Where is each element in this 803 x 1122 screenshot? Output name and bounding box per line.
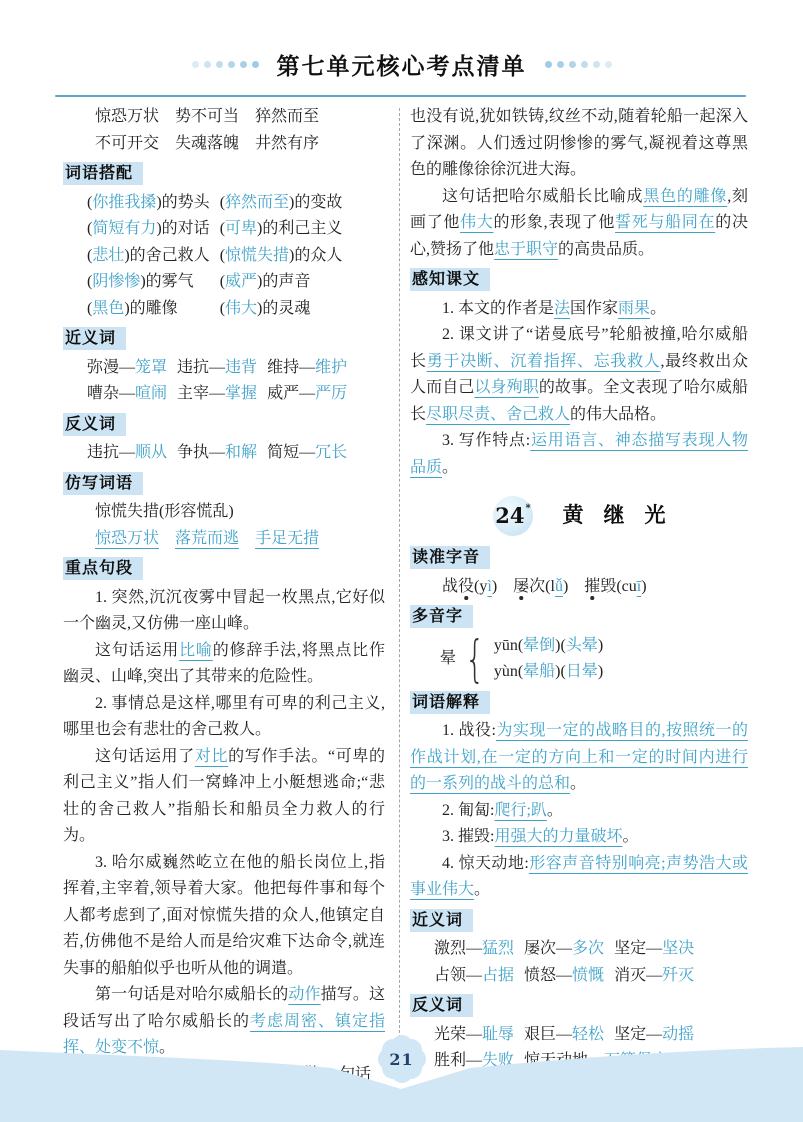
section-header: 仿写词语 xyxy=(63,471,385,498)
text-segment: 的形象,表现了他 xyxy=(494,214,616,231)
paragraph: 战役(yì) 屡次(lǚ) 摧毁(cuī) xyxy=(410,574,748,601)
paragraph: 惊恐万状 落荒而逃 手足无措 xyxy=(63,526,385,553)
text-segment: )的舍己救人 xyxy=(124,247,209,264)
key-word: 日晕 xyxy=(566,663,598,680)
left-column: 惊恐万状 势不可当 猝然而至不可开交 失魂落魄 井然有序词语搭配(你推我搡)的势… xyxy=(63,104,385,1088)
section-header-label: 重点句段 xyxy=(63,557,143,580)
key-word: 占据 xyxy=(482,967,514,984)
text-segment: )的声音 xyxy=(257,273,310,290)
text-segment: ) xyxy=(492,578,513,595)
section-header-label: 近义词 xyxy=(410,909,473,932)
text-segment: 维持— xyxy=(267,359,315,376)
text-segment: 争执— xyxy=(177,444,225,461)
text-segment: 4. 惊天动地: xyxy=(442,855,529,872)
key-word: 晕船 xyxy=(523,663,555,680)
header-rule xyxy=(55,95,746,97)
key-word: 愤慨 xyxy=(572,967,604,984)
word-pair: 违抗—违背 xyxy=(177,355,257,382)
key-word: 耻辱 xyxy=(482,1026,514,1043)
text-segment: 违抗— xyxy=(177,359,225,376)
key-phrase: 爬行;趴 xyxy=(494,802,546,819)
text-segment: ) xyxy=(563,578,584,595)
paragraph: 3. 写作特点:运用语言、神态描写表现人物品质。 xyxy=(410,428,748,481)
text-segment: )的雕像 xyxy=(124,300,177,317)
text-segment: 坚定— xyxy=(614,940,662,957)
emphasized-char: 役 xyxy=(458,578,474,595)
section-header: 反义词 xyxy=(63,412,385,439)
paragraph: 1. 本文的作者是法国作家雨果。 xyxy=(410,296,748,323)
key-phrase: 惊恐万状 xyxy=(95,530,159,547)
text-segment: 违抗— xyxy=(87,444,135,461)
key-word: 笼罩 xyxy=(135,359,167,376)
lesson-name: 黄继光 xyxy=(563,503,686,530)
paragraph: 这句话运用了对比的写作手法。“可卑的利己主义”指人们一窝蜂冲上小艇想逃命;“悲壮… xyxy=(63,744,385,850)
key-word: 头晕 xyxy=(566,637,598,654)
word-grid: 违抗—顺从争执—和解简短—冗长 xyxy=(63,440,385,467)
word-pair: (威严)的声音 xyxy=(220,269,343,296)
key-word: 顺从 xyxy=(135,444,167,461)
key-word: 猝然而至 xyxy=(225,194,289,211)
right-column: 也没有说,犹如铁铸,纹丝不动,随着轮船一起深入了深渊。人们透过阴惨惨的雾气,凝视… xyxy=(410,104,748,1075)
text-segment: ) xyxy=(598,663,603,680)
key-word: 掌握 xyxy=(225,385,257,402)
section-header-label: 反义词 xyxy=(63,413,126,436)
text-segment: 坚定— xyxy=(614,1026,662,1043)
text-segment: 。 xyxy=(570,775,586,792)
key-phrase: 对比 xyxy=(195,748,228,765)
word-grid: (你推我搡)的势头(猝然而至)的变故(简短有力)的对话(可卑)的利己主义(悲壮)… xyxy=(63,190,385,323)
text-segment: 。 xyxy=(622,828,638,845)
paragraph: 1. 突然,沉沉夜雾中冒起一枚黑点,它好似一个幽灵,又仿佛一座山峰。 xyxy=(63,585,385,638)
section-header: 近义词 xyxy=(63,326,385,353)
word-pair: (黑色)的雕像 xyxy=(87,296,210,323)
key-word: 猛烈 xyxy=(482,940,514,957)
paragraph: 3. 摧毁:用强大的力量破坏。 xyxy=(410,824,748,851)
text-segment: 威严— xyxy=(267,385,315,402)
paragraph: 惊恐万状 势不可当 猝然而至 xyxy=(63,104,385,131)
text-segment: yùn( xyxy=(494,663,523,680)
decorative-dots-left xyxy=(192,61,259,68)
key-word: 多次 xyxy=(572,940,604,957)
text-segment: 1. 战役: xyxy=(442,722,496,739)
text-segment: 激烈— xyxy=(434,940,482,957)
word-pair: (猝然而至)的变故 xyxy=(220,190,343,217)
text-segment: )的众人 xyxy=(289,247,342,264)
text-segment: 不可开交 失魂落魄 井然有序 xyxy=(95,135,319,152)
key-phrase: 用强大的力量破坏 xyxy=(494,828,622,845)
word-pair: 激烈—猛烈 xyxy=(434,936,514,963)
text-segment: 1. 突然,沉沉夜雾中冒起一枚黑点,它好似一个幽灵,又仿佛一座山峰。 xyxy=(63,589,385,633)
text-segment: )的变故 xyxy=(289,194,342,211)
text-segment: 惊慌失措(形容慌乱) xyxy=(95,503,234,520)
word-pair: 主宰—掌握 xyxy=(177,381,257,408)
emphasized-char: 屡 xyxy=(513,578,529,595)
section-header-label: 近义词 xyxy=(63,327,126,350)
lesson-number-text: 24 xyxy=(495,503,524,530)
text-segment: 简短— xyxy=(267,444,315,461)
key-word: 简短有力 xyxy=(92,220,156,237)
text-segment: )的对话 xyxy=(156,220,209,237)
text-segment: 3. 写作特点: xyxy=(442,432,530,449)
text-segment: 3. 摧毁: xyxy=(442,828,494,845)
section-header-label: 词语解释 xyxy=(410,691,490,714)
text-segment: 国作家 xyxy=(570,300,618,317)
word-grid: 激烈—猛烈屡次—多次坚定—坚决占领—占据愤怒—愤慨消灭—歼灭 xyxy=(410,936,748,989)
key-word: 喧闹 xyxy=(135,385,167,402)
word-pair: 愤怒—愤慨 xyxy=(524,963,604,990)
word-pair: (惊慌失措)的众人 xyxy=(220,243,343,270)
word-pair: 威严—严厉 xyxy=(267,381,347,408)
text-segment: )的势头 xyxy=(156,194,209,211)
text-segment: 1. 本文的作者是 xyxy=(442,300,554,317)
text-segment: 这句话把哈尔威船长比喻成 xyxy=(442,188,643,205)
paragraph: 2. 匍匐:爬行;趴。 xyxy=(410,798,748,825)
word-pair: 屡次—多次 xyxy=(524,936,604,963)
text-segment: )的利己主义 xyxy=(257,220,342,237)
word-pair: 简短—冗长 xyxy=(267,440,347,467)
text-segment: 的高贵品质。 xyxy=(558,241,654,258)
page-header: 第七单元核心考点清单 xyxy=(0,48,803,81)
section-header: 多音字 xyxy=(410,604,748,631)
paragraph: 不可开交 失魂落魄 井然有序 xyxy=(63,131,385,158)
text-segment: )的灵魂 xyxy=(257,300,310,317)
column-divider xyxy=(399,108,400,1038)
key-word: 坚决 xyxy=(662,940,694,957)
word-pair: 违抗—顺从 xyxy=(87,440,167,467)
text-segment: 消灭— xyxy=(614,967,662,984)
text-segment: 弥漫— xyxy=(87,359,135,376)
text-segment: 战 xyxy=(442,578,458,595)
text-segment: 3. 哈尔威巍然屹立在他的船长岗位上,指挥着,主宰着,领导着大家。他把每件事和每… xyxy=(63,854,385,977)
paragraph: 这句话把哈尔威船长比喻成黑色的雕像,刻画了他伟大的形象,表现了他誓死与船同在的决… xyxy=(410,184,748,264)
key-phrase: 法 xyxy=(554,300,570,317)
key-word: 阴惨惨 xyxy=(92,273,140,290)
key-word: 轻松 xyxy=(572,1026,604,1043)
text-segment: 这句话运用了 xyxy=(95,748,195,765)
text-segment: 。 xyxy=(547,802,563,819)
word-pair: 消灭—歼灭 xyxy=(614,963,694,990)
word-pair: 占领—占据 xyxy=(434,963,514,990)
word-pair: 维持—维护 xyxy=(267,355,347,382)
page-title: 第七单元核心考点清单 xyxy=(277,48,527,81)
section-header-label: 多音字 xyxy=(410,605,473,628)
word-pair: (简短有力)的对话 xyxy=(87,216,210,243)
key-phrase: 尽职尽责、舍己救人 xyxy=(426,406,570,423)
word-pair: (阴惨惨)的雾气 xyxy=(87,269,210,296)
emphasized-char: 摧 xyxy=(584,578,600,595)
section-header-label: 仿写词语 xyxy=(63,472,143,495)
section-header: 近义词 xyxy=(410,908,748,935)
word-pair: 嘈杂—喧闹 xyxy=(87,381,167,408)
section-header-label: 词语搭配 xyxy=(63,162,143,185)
paragraph: 2. 事情总是这样,哪里有可卑的利己主义,哪里也会有悲壮的舍己救人。 xyxy=(63,691,385,744)
key-phrase: 动作 xyxy=(288,986,320,1003)
key-phrase: 比喻 xyxy=(179,642,213,659)
text-segment: 次(l xyxy=(529,578,555,595)
section-header-label: 反义词 xyxy=(410,994,473,1017)
key-word: 悲壮 xyxy=(92,247,124,264)
key-word: 严厉 xyxy=(315,385,347,402)
key-word: 可卑 xyxy=(225,220,257,237)
key-phrase: 落荒而逃 xyxy=(175,530,239,547)
word-pair: 争执—和解 xyxy=(177,440,257,467)
text-segment: 的伟大品格。 xyxy=(570,406,666,423)
duoyin-character: 晕 xyxy=(440,646,456,673)
key-word: 动摇 xyxy=(662,1026,694,1043)
paragraph: 4. 惊天动地:形容声音特别响亮;声势浩大或事业伟大。 xyxy=(410,851,748,904)
duoyin-reading: yùn(晕船)(日晕) xyxy=(494,659,603,686)
paragraph: 2. 课文讲了“诺曼底号”轮船被撞,哈尔威船长勇于决断、沉着指挥、忘我救人,最终… xyxy=(410,322,748,428)
text-segment: 光荣— xyxy=(434,1026,482,1043)
text-segment xyxy=(239,530,255,547)
key-phrase: ǚ xyxy=(555,578,563,595)
key-word: 违背 xyxy=(225,359,257,376)
section-header: 词语解释 xyxy=(410,690,748,717)
section-header: 重点句段 xyxy=(63,556,385,583)
key-phrase: 雨果 xyxy=(618,300,650,317)
text-segment: 也没有说,犹如铁铸,纹丝不动,随着轮船一起深入了深渊。人们透过阴惨惨的雾气,凝视… xyxy=(410,108,748,178)
key-word: 伟大 xyxy=(225,300,257,317)
word-grid: 弥漫—笼罩违抗—违背维持—维护嘈杂—喧闹主宰—掌握威严—严厉 xyxy=(63,355,385,408)
duoyin-readings: yūn(晕倒)(头晕)yùn(晕船)(日晕) xyxy=(494,633,603,686)
section-header: 词语搭配 xyxy=(63,161,385,188)
text-segment: 。 xyxy=(474,881,490,898)
text-segment xyxy=(159,530,175,547)
text-segment: (y xyxy=(474,578,487,595)
duoyin-entry: 晕{yūn(晕倒)(头晕)yùn(晕船)(日晕) xyxy=(410,633,748,686)
text-segment: 毁(cu xyxy=(600,578,636,595)
paragraph: 这句话运用比喻的修辞手法,将黑点比作幽灵、山峰,突出了其带来的危险性。 xyxy=(63,638,385,691)
lesson-title: 24*黄继光 xyxy=(410,496,748,536)
word-pair: (伟大)的灵魂 xyxy=(220,296,343,323)
section-header-label: 感知课文 xyxy=(410,268,490,291)
page-number-badge: 21 xyxy=(383,1040,421,1078)
text-segment: 惊恐万状 势不可当 猝然而至 xyxy=(95,108,319,125)
text-segment: 。 xyxy=(650,300,666,317)
text-segment: 占领— xyxy=(434,967,482,984)
key-word: 维护 xyxy=(315,359,347,376)
text-segment: 屡次— xyxy=(524,940,572,957)
text-segment: 愤怒— xyxy=(524,967,572,984)
text-segment: yūn( xyxy=(494,637,523,654)
lesson-number: 24* xyxy=(493,496,533,536)
key-word: 黑色 xyxy=(92,300,124,317)
key-phrase: 手足无措 xyxy=(255,530,319,547)
key-phrase: 忠于职守 xyxy=(494,241,558,258)
key-phrase: 誓死与船同在 xyxy=(615,214,715,231)
key-phrase: 伟大 xyxy=(460,214,493,231)
lesson-star: * xyxy=(526,496,531,523)
decorative-dots-right xyxy=(545,61,612,68)
key-word: 歼灭 xyxy=(662,967,694,984)
page-number: 21 xyxy=(383,1040,421,1078)
worksheet-page: 第七单元核心考点清单 惊恐万状 势不可当 猝然而至不可开交 失魂落魄 井然有序词… xyxy=(0,0,803,1122)
text-segment: ) xyxy=(598,637,603,654)
key-phrase: 以身殉职 xyxy=(474,379,538,396)
text-segment: 艰巨— xyxy=(524,1026,572,1043)
text-segment: 主宰— xyxy=(177,385,225,402)
word-pair: (悲壮)的舍己救人 xyxy=(87,243,210,270)
word-pair: (可卑)的利己主义 xyxy=(220,216,343,243)
word-pair: (你推我搡)的势头 xyxy=(87,190,210,217)
section-header-label: 读准字音 xyxy=(410,546,490,569)
paragraph: 也没有说,犹如铁铸,纹丝不动,随着轮船一起深入了深渊。人们透过阴惨惨的雾气,凝视… xyxy=(410,104,748,184)
text-segment: ) xyxy=(641,578,646,595)
text-segment: )( xyxy=(555,637,566,654)
duoyin-reading: yūn(晕倒)(头晕) xyxy=(494,633,603,660)
text-segment: )的雾气 xyxy=(140,273,193,290)
key-word: 冗长 xyxy=(315,444,347,461)
key-phrase: 黑色的雕像 xyxy=(643,188,727,205)
text-segment: 。 xyxy=(442,459,458,476)
text-segment: 第一句话是对哈尔威船长的 xyxy=(95,986,288,1003)
word-pair: 弥漫—笼罩 xyxy=(87,355,167,382)
brace-glyph: { xyxy=(465,634,485,684)
word-pair: 坚定—坚决 xyxy=(614,936,694,963)
key-word: 你推我搡 xyxy=(92,194,156,211)
text-segment: )( xyxy=(555,663,566,680)
text-segment: 2. 匍匐: xyxy=(442,802,494,819)
key-word: 惊慌失措 xyxy=(225,247,289,264)
text-segment: 嘈杂— xyxy=(87,385,135,402)
key-word: 晕倒 xyxy=(523,637,555,654)
key-word: 威严 xyxy=(225,273,257,290)
paragraph: 1. 战役:为实现一定的战略目的,按照统一的作战计划,在一定的方向上和一定的时间… xyxy=(410,718,748,798)
section-header: 感知课文 xyxy=(410,267,748,294)
section-header: 反义词 xyxy=(410,993,748,1020)
paragraph: 惊慌失措(形容慌乱) xyxy=(63,499,385,526)
section-header: 读准字音 xyxy=(410,545,748,572)
paragraph: 3. 哈尔威巍然屹立在他的船长岗位上,指挥着,主宰着,领导着大家。他把每件事和每… xyxy=(63,850,385,983)
text-segment: 这句话运用 xyxy=(95,642,179,659)
key-word: 和解 xyxy=(225,444,257,461)
text-segment: 2. 事情总是这样,哪里有可卑的利己主义,哪里也会有悲壮的舍己救人。 xyxy=(63,695,385,739)
key-phrase: 勇于决断、沉着指挥、忘我救人 xyxy=(427,353,661,370)
